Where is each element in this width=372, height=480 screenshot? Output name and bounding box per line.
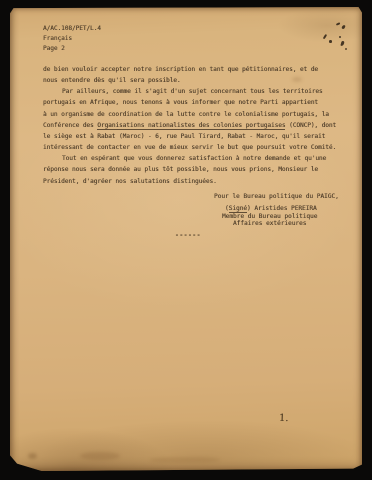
paper-stain — [292, 77, 302, 82]
body-line: à un organisme de coordination de la lut… — [43, 109, 349, 120]
ink-smudge — [329, 40, 332, 43]
body-line: portugais en Afrique, nous tenons à vous… — [43, 97, 349, 108]
body-line: de bien vouloir accepter notre inscripti… — [43, 64, 349, 75]
underlined-organization-name: Organisations nationalistes des colonies… — [97, 122, 285, 130]
document-header: A/AC.108/PET/L.4 Français Page 2 — [43, 24, 101, 54]
paper-stain — [80, 452, 120, 460]
body-line: le siège est à Rabat (Maroc) - 6, rue Pa… — [43, 131, 349, 142]
closing-for-line: Pour le Bureau politique du PAIGC, — [214, 193, 339, 200]
body-line-segment: Conférence des — [43, 122, 97, 129]
body-line-segment: (CONCP), dont — [285, 122, 336, 129]
body-line: Tout en espérant que vous donnerez satis… — [43, 153, 349, 164]
separator-dashes: ------ — [175, 231, 201, 239]
scan-background: A/AC.108/PET/L.4 Français Page 2 de bien… — [0, 0, 372, 480]
closing-title-line: Affaires extérieures — [233, 220, 306, 227]
signed-segment: ) Aristides PEREIRA — [247, 205, 317, 212]
body-line: Conférence des Organisations nationalist… — [43, 120, 349, 131]
paper-stain — [150, 457, 220, 463]
ink-smudge — [340, 41, 344, 47]
ink-smudge — [341, 25, 345, 30]
body-line: réponse nous sera donnée au plus tôt pos… — [43, 164, 349, 175]
document-reference: A/AC.108/PET/L.4 — [43, 24, 101, 34]
underlined-signed-word: Signé — [229, 205, 247, 213]
body-line: intéressant de contacter en vue de mieux… — [43, 142, 349, 153]
closing-signed-line: (Signé) Aristides PEREIRA — [225, 205, 317, 212]
body-line: Président, d'agréer nos salutations dist… — [43, 176, 349, 187]
letter-body: de bien vouloir accepter notre inscripti… — [43, 64, 349, 187]
document-page: A/AC.108/PET/L.4 Français Page 2 de bien… — [10, 7, 362, 471]
ink-smudge — [339, 36, 341, 38]
ink-smudge — [345, 48, 347, 50]
body-line: Par ailleurs, comme il s'agit d'un sujet… — [43, 86, 349, 97]
ink-smudge — [323, 34, 327, 39]
paper-stain — [28, 453, 37, 459]
closing-title-line: Membre du Bureau politique — [222, 213, 317, 220]
document-language: Français — [43, 34, 101, 44]
handwritten-mark: 1. — [279, 413, 289, 424]
page-number: Page 2 — [43, 44, 101, 54]
body-line: nous entendre dès qu'il sera possible. — [43, 75, 349, 86]
ink-smudge — [336, 22, 340, 25]
